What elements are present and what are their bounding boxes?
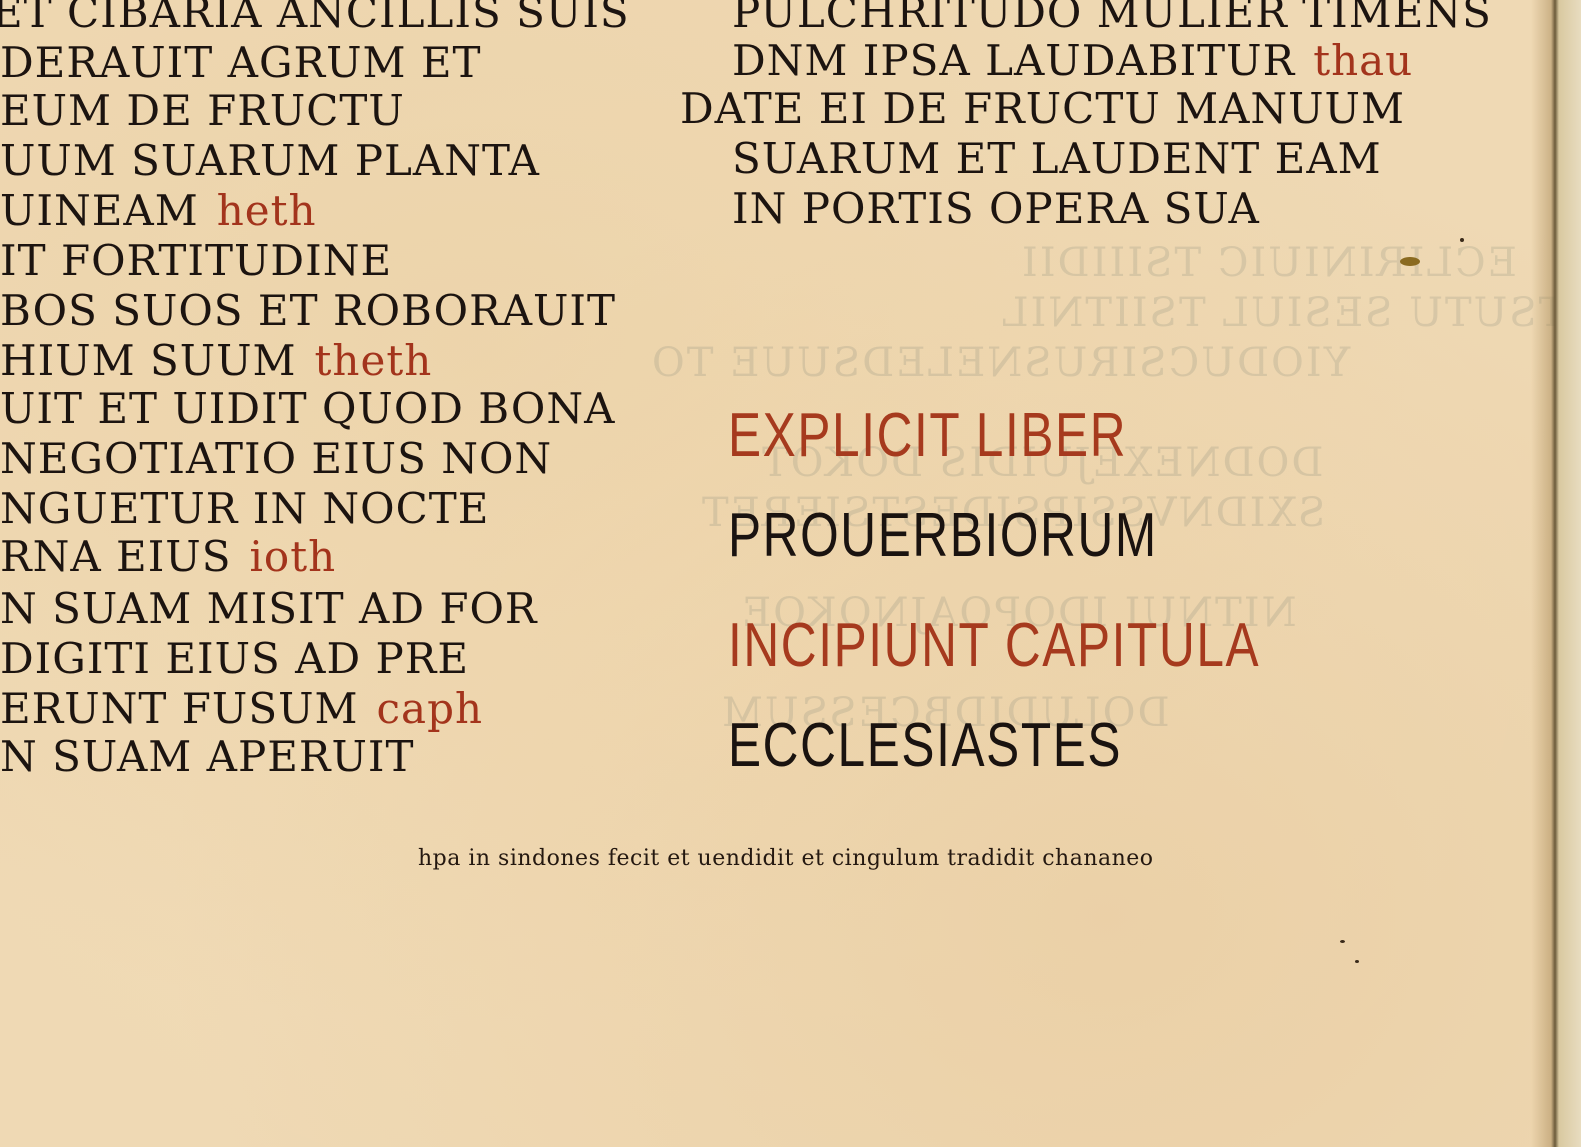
rubric-letter: heth bbox=[217, 186, 317, 235]
ink-stain bbox=[1400, 257, 1420, 266]
text-line: in portis opera sua bbox=[732, 184, 1260, 233]
text-line: date ei de fructu manuum bbox=[680, 84, 1405, 133]
incipit-heading: INCIPIUNT CAPITULA bbox=[728, 610, 1260, 681]
rubric-letter: caph bbox=[377, 684, 484, 733]
text-line: uit et uidit quod bona bbox=[0, 384, 615, 433]
text-line: uum suarum planta bbox=[0, 136, 540, 185]
explicit-heading: EXPLICIT LIBER bbox=[728, 400, 1127, 471]
rubric-letter: thau bbox=[1313, 36, 1413, 85]
show-through-text: YIODUCSIRUSNELEDSUUE TO bbox=[650, 340, 1350, 386]
text-line: hium suumtheth bbox=[0, 336, 432, 385]
show-through-text: IETSUTU SESIUL TSIITNIL bbox=[1000, 290, 1581, 336]
rubric-letter: ioth bbox=[249, 532, 336, 581]
text-line: negotiatio eius non bbox=[0, 434, 552, 483]
manuscript-page: ECLIRINIUIC TSIIIDII IETSUTU SESIUL TSII… bbox=[0, 0, 1581, 1147]
text-line: dnm ipsa laudabiturthau bbox=[732, 36, 1413, 85]
show-through-text: ECLIRINIUIC TSIIIDII bbox=[1020, 240, 1517, 286]
text-line: n suam aperuit bbox=[0, 732, 415, 781]
text-line: eum de fructu bbox=[0, 86, 405, 135]
text-line: suarum et laudent eam bbox=[732, 134, 1382, 183]
marginal-note: hpa in sindones fecit et uendidit et cin… bbox=[418, 846, 1154, 871]
text-line: derauit agrum et bbox=[0, 38, 482, 87]
speck bbox=[1340, 940, 1345, 943]
text-line: pulchritudo mulier timens bbox=[732, 0, 1492, 37]
text-line: erunt fusumcaph bbox=[0, 684, 483, 733]
text-line: uineamheth bbox=[0, 186, 317, 235]
text-line: rna eiusioth bbox=[0, 532, 336, 581]
text-line: digiti eius ad pre bbox=[0, 634, 469, 683]
text-line: et cibaria ancillis suis bbox=[0, 0, 630, 37]
text-line: n suam misit ad for bbox=[0, 584, 538, 633]
text-line: bos suos et roborauit bbox=[0, 286, 616, 335]
rubric-letter: theth bbox=[315, 336, 433, 385]
page-gutter bbox=[1531, 0, 1581, 1147]
speck bbox=[1355, 960, 1359, 963]
book-title-proverbs: PROUERBIORUM bbox=[728, 500, 1158, 571]
book-title-ecclesiastes: ECCLESIASTES bbox=[728, 710, 1122, 781]
speck bbox=[1460, 238, 1464, 242]
text-line: nguetur in nocte bbox=[0, 484, 489, 533]
text-line: it fortitudine bbox=[0, 236, 392, 285]
